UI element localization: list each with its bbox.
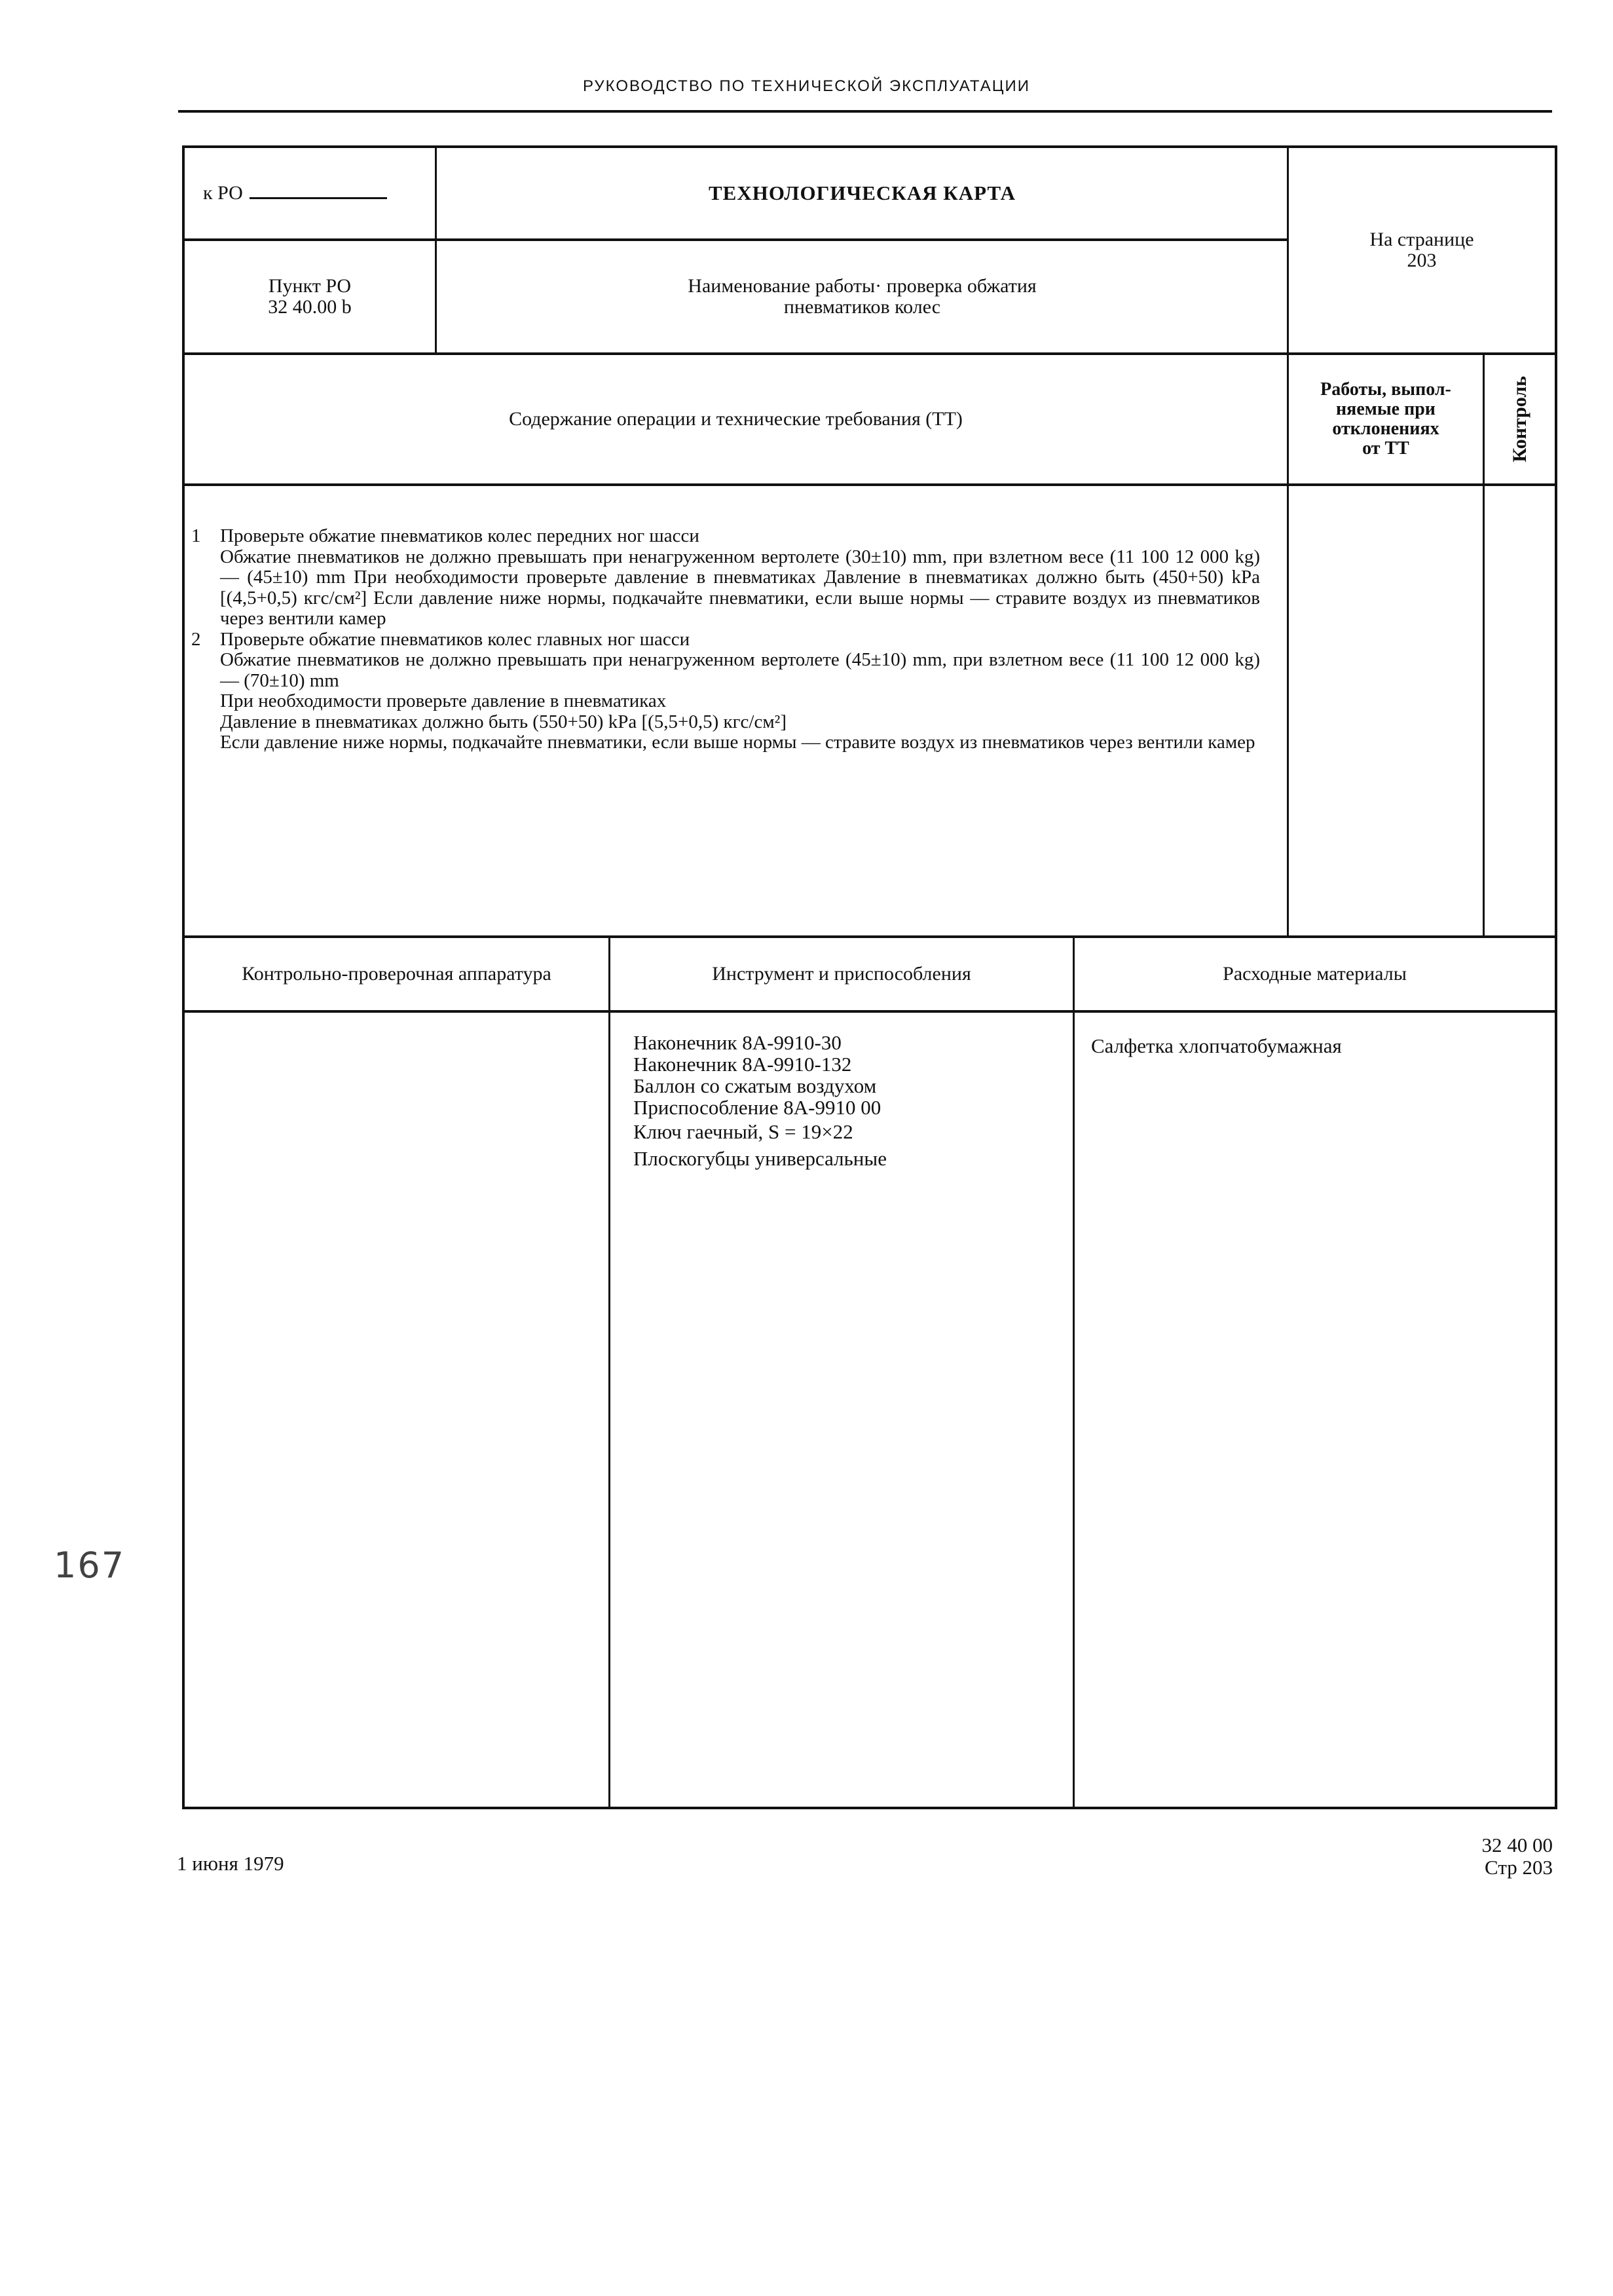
operation-paragraph: При необходимости проверьте давление в п… [220,691,1260,712]
deviation-header-line: няемые при [1336,400,1436,419]
operation-paragraph: Обжатие пневматиков не должно превышать … [220,547,1260,630]
tool-item: Ключ гаечный, S = 19×22 [633,1121,887,1142]
tool-item: Баллон со сжатым воздухом [633,1075,887,1097]
content-header: Содержание операции и технические требов… [185,355,1287,483]
deviation-header: Работы, выпол- няемые при отклонениях от… [1289,355,1483,483]
k-ro-blank [250,180,387,199]
k-ro-label: к РО [203,182,243,204]
k-ro-field: к РО [203,180,387,204]
card-title: ТЕХНОЛОГИЧЕСКАЯ КАРТА [437,148,1287,238]
deviation-header-line: от ТТ [1362,439,1409,459]
running-head: РУКОВОДСТВО ПО ТЕХНИЧЕСКОЙ ЭКСПЛУАТАЦИИ [0,77,1613,96]
margin-page-mark: 167 [54,1545,125,1586]
punkt-cell: Пункт РО 32 40.00 b [185,241,435,352]
footer-section-page: 32 40 00 Стр 203 [1482,1834,1553,1879]
card-title-text: ТЕХНОЛОГИЧЕСКАЯ КАРТА [709,181,1016,205]
on-page-cell: На странице 203 [1289,148,1555,352]
footer-date: 1 июня 1979 [177,1853,284,1875]
rule-columns-bottom [182,483,1557,486]
control-header-text: Контроль [1509,376,1531,462]
on-page-label: На странице [1369,229,1474,250]
operation-number: 1 [191,526,220,630]
rule-tools-col [608,937,610,1809]
tool-item: Приспособление 8А-9910 00 [633,1097,887,1118]
punkt-value: 32 40.00 b [268,297,352,318]
operation-paragraph: Если давление ниже нормы, подкачайте пне… [220,732,1260,753]
operation-title: Проверьте обжатие пневматиков колес глав… [220,630,1260,650]
deviation-header-line: Работы, выпол- [1320,380,1451,400]
control-apparatus-header: Контрольно-проверочная аппаратура [185,938,608,1010]
consumable-item: Салфетка хлопчатобумажная [1091,1035,1342,1057]
consumables-list: Салфетка хлопчатобумажная [1091,1035,1342,1057]
tools-header-text: Инструмент и приспособления [712,964,971,985]
tools-list: Наконечник 8А-9910-30 Наконечник 8А-9910… [633,1032,887,1169]
footer-section: 32 40 00 [1482,1834,1553,1856]
operation-title: Проверьте обжатие пневматиков колес пере… [220,526,1260,547]
operation-item: 2 Проверьте обжатие пневматиков колес гл… [191,630,1260,753]
content-header-text: Содержание операции и технические требов… [509,409,963,430]
tool-item: Наконечник 8А-9910-132 [633,1053,887,1075]
rule-equipment-header-bottom [182,1010,1557,1013]
on-page-number: 203 [1407,250,1437,271]
deviation-header-line: отклонениях [1332,419,1439,439]
consumables-header: Расходные материалы [1075,938,1555,1010]
operation-item: 1 Проверьте обжатие пневматиков колес пе… [191,526,1260,630]
tool-item: Плоскогубцы универсальные [633,1148,887,1169]
header-rule [178,110,1552,113]
operation-paragraph: Давление в пневматиках должно быть (550+… [220,712,1260,733]
control-apparatus-header-text: Контрольно-проверочная аппаратура [242,964,551,985]
work-name-cell: Наименование работы· проверка обжатия пн… [437,241,1287,352]
rule-left-col [435,145,437,354]
footer-page: Стр 203 [1482,1856,1553,1879]
rule-consumables-col [1073,937,1075,1809]
consumables-header-text: Расходные материалы [1223,964,1407,985]
tools-header: Инструмент и приспособления [610,938,1073,1010]
tool-item: Наконечник 8А-9910-30 [633,1032,887,1053]
operation-paragraph: Обжатие пневматиков не должно превышать … [220,650,1260,691]
control-header: Контроль [1485,355,1555,483]
operation-number: 2 [191,630,220,753]
work-name-line1: Наименование работы· проверка обжатия [688,276,1036,297]
operations-content: 1 Проверьте обжатие пневматиков колес пе… [191,526,1260,753]
work-name-line2: пневматиков колес [784,297,940,318]
punkt-label: Пункт РО [269,276,351,297]
